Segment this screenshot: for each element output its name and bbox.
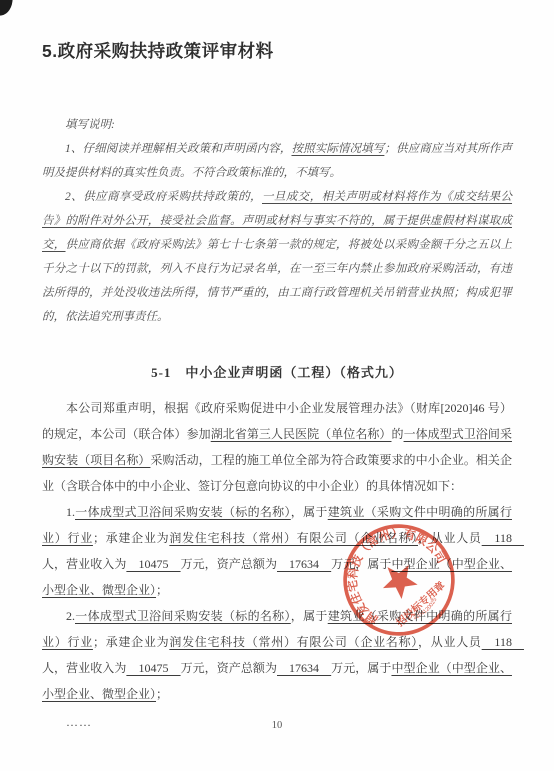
text-segment: 1. [66, 505, 75, 519]
underlined-text: 湖北省第三人民医院（单位名称） [211, 427, 392, 441]
text-segment: 万元，资产总额为 [181, 557, 277, 571]
text-segment: ，属于 [291, 609, 328, 623]
text-segment: 的 [392, 427, 404, 441]
underlined-text: 10475 [126, 557, 180, 571]
text-segment: 万元，属于 [331, 661, 391, 675]
underlined-text: 一体成型式卫浴间采购安装（标的名称） [75, 505, 291, 519]
underlined-text: 118 [482, 635, 524, 649]
fill-instructions-section: 填写说明: 1、仔细阅读并理解相关政策和声明函内容，按照实际情况填写；供应商应当… [42, 113, 512, 329]
text-segment: ，属于 [291, 505, 328, 519]
sme-declaration-section: 5-1 中小企业声明函（工程）（格式九） 本公司郑重声明，根据《政府采购促进中小… [42, 360, 512, 735]
underlined-text: 一体成型式卫浴间采购安装（标的名称） [75, 609, 291, 623]
instructions-heading: 填写说明: [42, 113, 512, 137]
underlined-text: 润发住宅科技（常州）有限公司（企业名称） [169, 635, 418, 649]
instructions-paragraph-2: 2、供应商享受政府采购扶持政策的，一旦成交，相关声明或材料将作为《成交结果公告》… [42, 185, 512, 329]
underlined-text: 118 [482, 531, 524, 545]
text-segment: 供应商依据《政府采购法》第七十七条第一款的规定，将被处以采购金额千分之五以上千分… [42, 239, 512, 323]
underlined-text: 按照实际情况填写 [291, 143, 384, 155]
underlined-text: 润发住宅科技（常州）有限公司（企业名称） [169, 531, 418, 545]
text-segment: ，从业人员 [418, 635, 482, 649]
text-segment: 人，营业收入为 [42, 557, 126, 571]
text-segment: ； [156, 583, 168, 597]
text-segment: ，从业人员 [418, 531, 482, 545]
text-segment: ； [156, 687, 168, 701]
text-segment: ；承建企业为 [93, 635, 169, 649]
text-segment: 万元，资产总额为 [181, 661, 277, 675]
text-segment: 人，营业收入为 [42, 661, 126, 675]
text-segment: ；承建企业为 [93, 531, 169, 545]
underlined-text: 17634 [277, 557, 331, 571]
text-segment: 万元，属于 [331, 557, 391, 571]
scan-corner-artifact [0, 0, 13, 17]
instructions-paragraph-1: 1、仔细阅读并理解相关政策和声明函内容，按照实际情况填写；供应商应当对其所作声明… [42, 137, 512, 185]
declaration-item-2: 2.一体成型式卫浴间采购安装（标的名称），属于建筑业（采购文件中明确的所属行业）… [42, 603, 512, 707]
declaration-intro-paragraph: 本公司郑重声明，根据《政府采购促进中小企业发展管理办法》（财库[2020]46 … [42, 395, 512, 499]
document-page: 5.政府采购扶持政策评审材料 填写说明: 1、仔细阅读并理解相关政策和声明函内容… [0, 0, 554, 771]
underlined-text: 10475 [126, 661, 180, 675]
underlined-text: 17634 [277, 661, 331, 675]
page-number: 10 [0, 720, 554, 731]
text-segment: 2. [66, 609, 75, 623]
text-segment: 1、仔细阅读并理解相关政策和声明函内容， [65, 143, 291, 155]
text-segment: 2、供应商享受政府采购扶持政策的， [65, 191, 262, 203]
page-title: 5.政府采购扶持政策评审材料 [42, 38, 512, 63]
declaration-item-1: 1.一体成型式卫浴间采购安装（标的名称），属于建筑业（采购文件中明确的所属行业）… [42, 499, 512, 603]
declaration-heading: 5-1 中小企业声明函（工程）（格式九） [42, 360, 512, 386]
